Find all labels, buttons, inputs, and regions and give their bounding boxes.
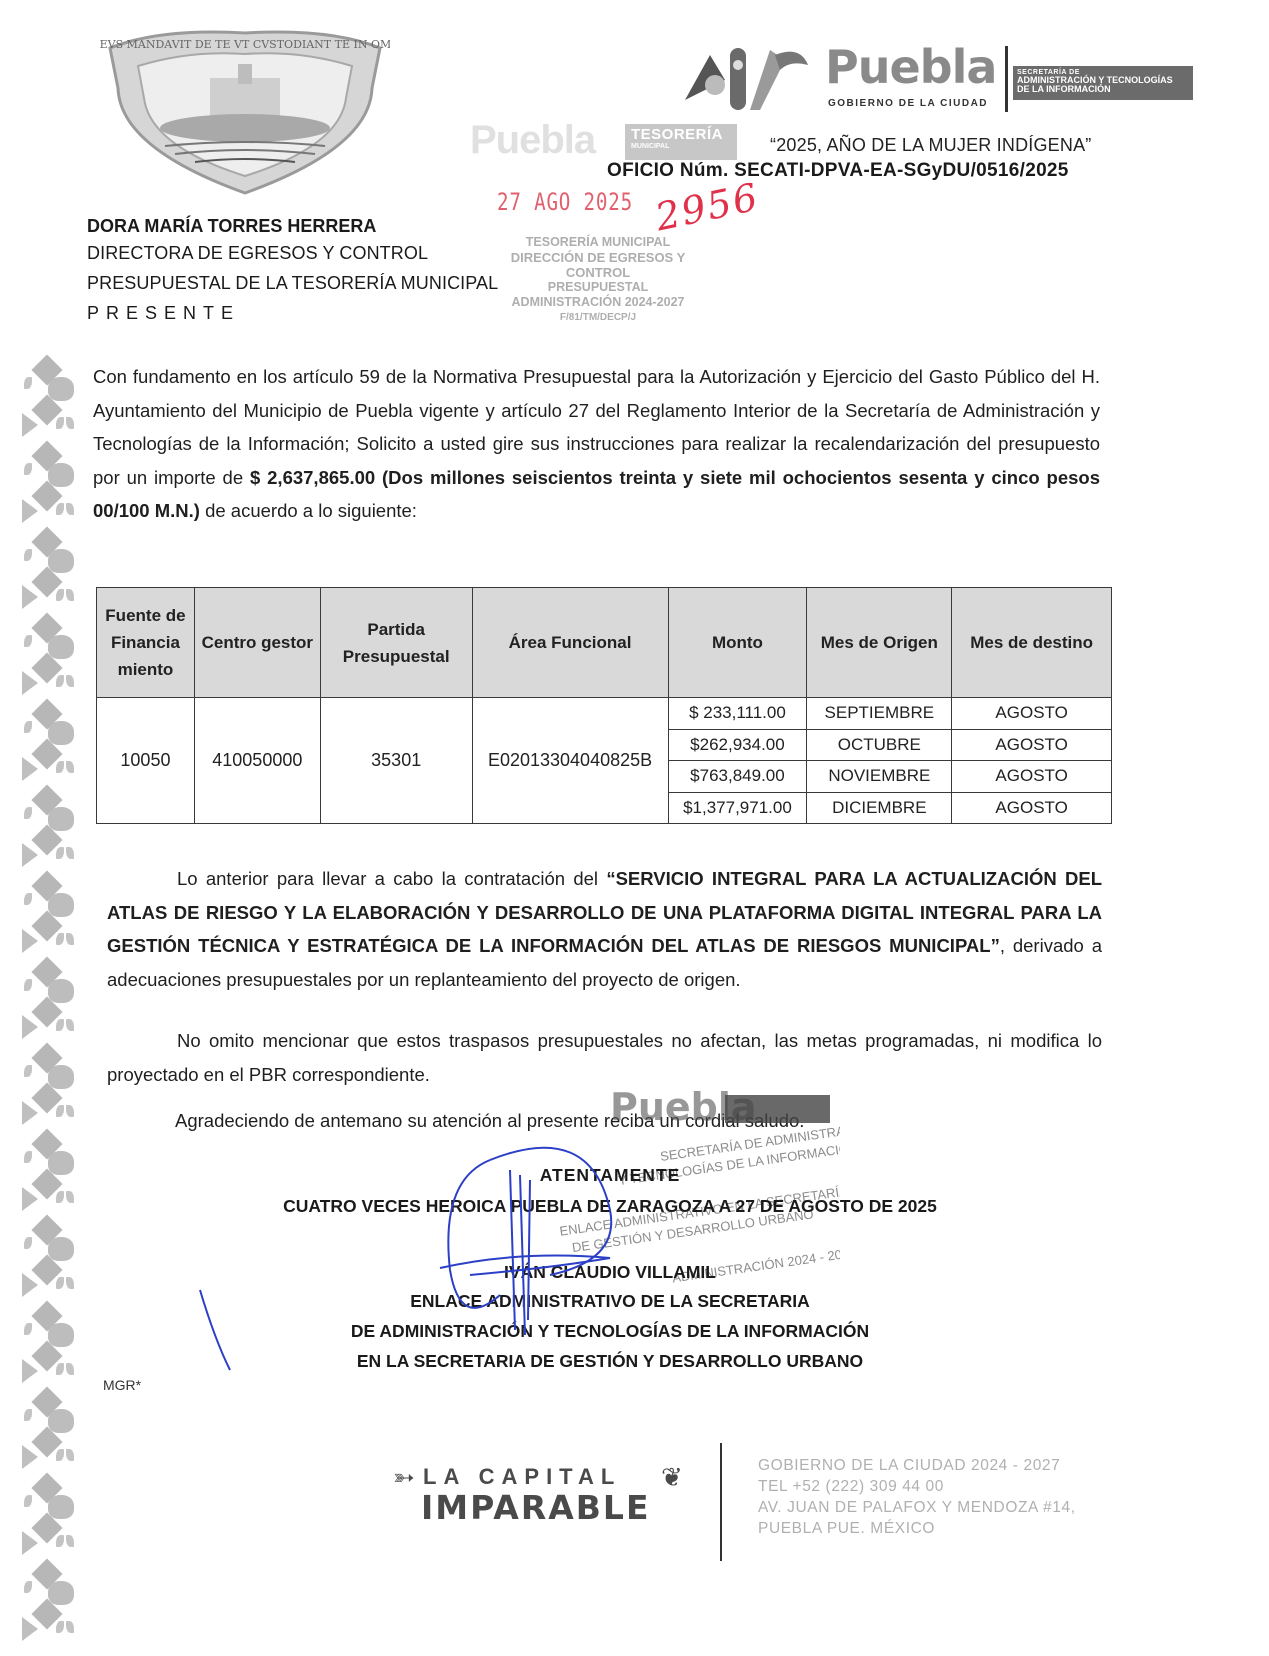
handwritten-folio: 2956	[652, 175, 764, 240]
tesoreria-stamp: Puebla TESORERÍA MUNICIPAL	[410, 110, 740, 165]
atentamente-label: ATENTAMENTE	[200, 1165, 1020, 1186]
footer-divider	[720, 1443, 722, 1561]
pattern-motif	[22, 1387, 82, 1473]
cell-centro-gestor: 410050000	[194, 698, 320, 824]
table-row: 10050 410050000 35301 E02013304040825B $…	[97, 698, 1112, 730]
puebla-wordmark: Puebla	[825, 44, 996, 90]
header-mes-origen: Mes de Origen	[807, 588, 952, 698]
addressee-name: DORA MARÍA TORRES HERRERA	[87, 214, 498, 238]
la-capital-imparable-logo: ➳ LA CAPITAL ❦ IMPARABLE	[393, 1460, 693, 1540]
cell-monto: $262,934.00	[668, 729, 807, 761]
typist-initials: MGR*	[103, 1377, 141, 1393]
cell-mes-destino: AGOSTO	[952, 698, 1112, 730]
cell-fuente: 10050	[97, 698, 195, 824]
city-crest-logo: ANGELIS SVIS DEVS MANDAVIT DE TE VT CVST…	[100, 28, 390, 196]
pattern-motif	[22, 1215, 82, 1301]
header-monto: Monto	[668, 588, 807, 698]
pattern-motif	[22, 871, 82, 957]
puebla-government-logo: Puebla GOBIERNO DE LA CIUDAD SECRETARÍA …	[680, 40, 1170, 115]
signer-name: IVÁN CLAUDIO VILLAMIL	[200, 1262, 1020, 1283]
pattern-motif	[22, 613, 82, 699]
pattern-motif	[22, 785, 82, 871]
cell-mes-destino: AGOSTO	[952, 729, 1112, 761]
received-date-stamp: 27 AGO 2025	[497, 188, 633, 216]
body-paragraph-service: Lo anterior para llevar a cabo la contra…	[107, 862, 1102, 996]
cell-mes-destino: AGOSTO	[952, 761, 1112, 793]
tesoreria-ghost-wordmark: Puebla	[470, 118, 595, 163]
recalendarization-table: Fuente de Financia miento Centro gestor …	[96, 587, 1112, 824]
pattern-motif	[22, 1043, 82, 1129]
pattern-motif	[22, 355, 82, 441]
pattern-motif	[22, 1129, 82, 1215]
cell-mes-origen: NOVIEMBRE	[807, 761, 952, 793]
reception-stamp: TESORERÍA MUNICIPAL DIRECCIÓN DE EGRESOS…	[493, 235, 703, 325]
pattern-motif	[22, 441, 82, 527]
presente-label: PRESENTE	[87, 298, 498, 328]
cell-monto: $1,377,971.00	[668, 792, 807, 824]
signer-role-line2: DE ADMINISTRACIÓN Y TECNOLOGÍAS DE LA IN…	[200, 1321, 1020, 1342]
cell-mes-origen: DICIEMBRE	[807, 792, 952, 824]
city-date-line: CUATRO VECES HEROICA PUEBLA DE ZARAGOZA …	[200, 1196, 1020, 1217]
tesoreria-badge: TESORERÍA MUNICIPAL	[625, 124, 737, 160]
cell-partida: 35301	[320, 698, 472, 824]
header-fuente: Fuente de Financia miento	[97, 588, 195, 698]
wing-right-icon: ❦	[661, 1462, 683, 1493]
oficio-number: OFICIO Núm. SECATI-DPVA-EA-SGyDU/0516/20…	[607, 160, 1069, 182]
cell-mes-origen: SEPTIEMBRE	[807, 698, 952, 730]
addressee-block: DORA MARÍA TORRES HERRERA DIRECTORA DE E…	[87, 214, 498, 328]
cell-mes-destino: AGOSTO	[952, 792, 1112, 824]
table-header-row: Fuente de Financia miento Centro gestor …	[97, 588, 1112, 698]
decorative-side-border	[22, 355, 82, 1645]
puebla-subtitle: GOBIERNO DE LA CIUDAD	[828, 98, 988, 109]
header-centro-gestor: Centro gestor	[194, 588, 320, 698]
secretaria-badge: SECRETARÍA DE ADMINISTRACIÓN Y TECNOLOGÍ…	[1013, 66, 1193, 100]
body-paragraph-note: No omito mencionar que estos traspasos p…	[107, 1024, 1102, 1091]
puebla-emblem-icon	[680, 40, 810, 115]
header-mes-destino: Mes de destino	[952, 588, 1112, 698]
cell-mes-origen: OCTUBRE	[807, 729, 952, 761]
body-paragraph-closing: Agradeciendo de antemano su atención al …	[175, 1104, 1075, 1138]
pattern-motif	[22, 957, 82, 1043]
signer-role-line1: ENLACE ADMINISTRATIVO DE LA SECRETARIA	[200, 1291, 1020, 1312]
cell-monto: $763,849.00	[668, 761, 807, 793]
cell-area-funcional: E02013304040825B	[472, 698, 668, 824]
pattern-motif	[22, 1473, 82, 1559]
year-motto: “2025, AÑO DE LA MUJER INDÍGENA”	[770, 135, 1092, 156]
cell-monto: $ 233,111.00	[668, 698, 807, 730]
signer-role-line3: EN LA SECRETARIA DE GESTIÓN Y DESARROLLO…	[200, 1351, 1020, 1372]
header-partida: Partida Presupuestal	[320, 588, 472, 698]
pattern-motif	[22, 1559, 82, 1645]
wing-left-icon: ➳	[393, 1462, 415, 1493]
logo-divider	[1005, 46, 1008, 112]
addressee-title-line2: PRESUPUESTAL DE LA TESORERÍA MUNICIPAL	[87, 268, 498, 298]
header-area-funcional: Área Funcional	[472, 588, 668, 698]
addressee-title-line1: DIRECTORA DE EGRESOS Y CONTROL	[87, 238, 498, 268]
body-paragraph-request: Con fundamento en los artículo 59 de la …	[93, 360, 1100, 528]
svg-text:ANGELIS SVIS DEVS MANDAVIT DE: ANGELIS SVIS DEVS MANDAVIT DE TE VT CVST…	[100, 38, 390, 51]
footer-contact-info: GOBIERNO DE LA CIUDAD 2024 - 2027 TEL +5…	[758, 1455, 1076, 1539]
pattern-motif	[22, 1301, 82, 1387]
pattern-motif	[22, 699, 82, 785]
pattern-motif	[22, 527, 82, 613]
